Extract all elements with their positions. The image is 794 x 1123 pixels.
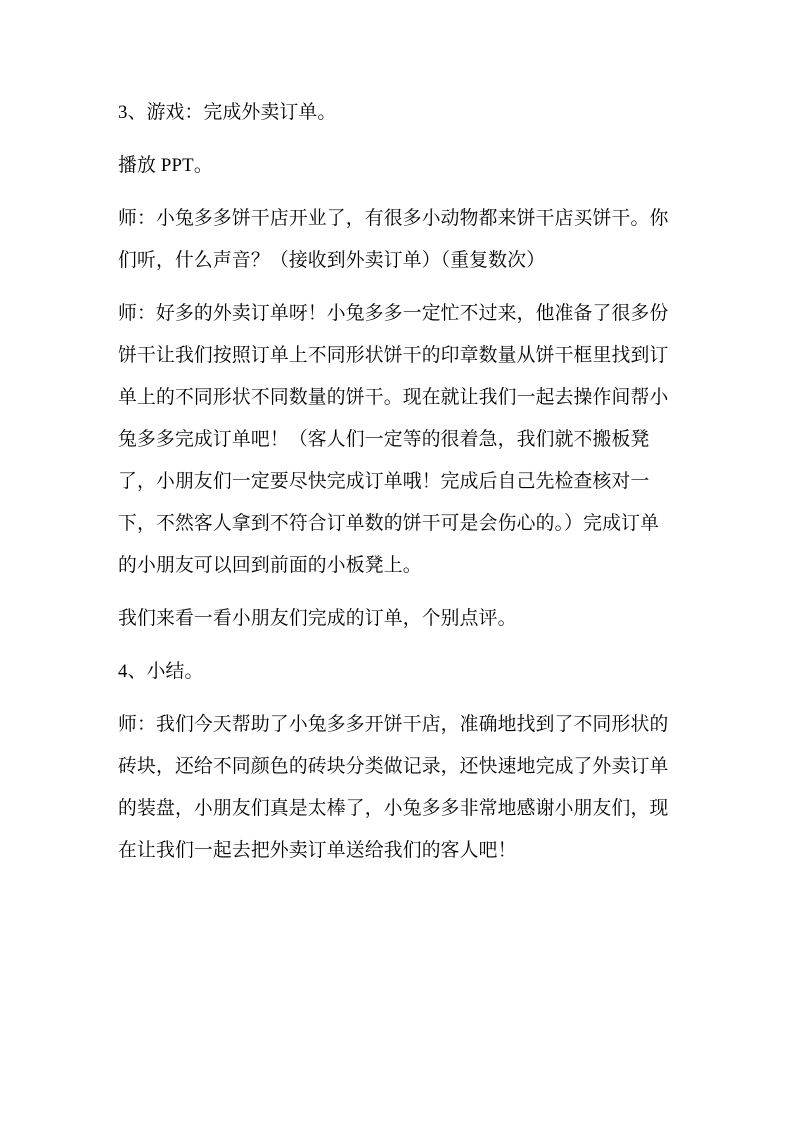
review-note: 我们来看一看小朋友们完成的订单，个别点评。 (118, 598, 682, 640)
section-3-heading: 3、游戏：完成外卖订单。 (118, 92, 682, 134)
text-line: 的装盘，小朋友们真是太棒了，小兔多多非常地感谢小朋友们，现 (118, 788, 682, 830)
text-line: 兔多多完成订单吧！（客人们一定等的很着急，我们就不搬板凳 (118, 419, 682, 461)
text-line: 砖块，还给不同颜色的砖块分类做记录，还快速地完成了外卖订单 (118, 746, 682, 788)
teacher-line-opening: 师：小兔多多饼干店开业了，有很多小动物都来饼干店买饼干。你们听，什么声音？（接收… (118, 198, 682, 282)
text-line: 下，不然客人拿到不符合订单数的饼干可是会伤心的。）完成订单 (118, 503, 682, 545)
text-line: 的小朋友可以回到前面的小板凳上。 (118, 545, 682, 587)
text-line: 饼干让我们按照订单上不同形状饼干的印章数量从饼干框里找到订 (118, 335, 682, 377)
text-line: 师：小兔多多饼干店开业了，有很多小动物都来饼干店买饼干。你 (118, 198, 682, 240)
text-line: 了，小朋友们一定要尽快完成订单哦！完成后自己先检查核对一 (118, 461, 682, 503)
document-content: 3、游戏：完成外卖订单。播放 PPT。师：小兔多多饼干店开业了，有很多小动物都来… (118, 92, 682, 883)
text-line: 我们来看一看小朋友们完成的订单，个别点评。 (118, 598, 682, 640)
text-line: 播放 PPT。 (118, 145, 682, 187)
text-line: 3、游戏：完成外卖订单。 (118, 92, 682, 134)
text-line: 单上的不同形状不同数量的饼干。现在就让我们一起去操作间帮小 (118, 377, 682, 419)
text-line: 在让我们一起去把外卖订单送给我们的客人吧！ (118, 830, 682, 872)
teacher-line-instructions: 师：好多的外卖订单呀！小兔多多一定忙不过来，他准备了很多份饼干让我们按照订单上不… (118, 293, 682, 587)
text-line: 师：我们今天帮助了小兔多多开饼干店，准确地找到了不同形状的 (118, 704, 682, 746)
text-line: 4、小结。 (118, 651, 682, 693)
text-line: 们听，什么声音？（接收到外卖订单）（重复数次） (118, 240, 682, 282)
teacher-line-summary: 师：我们今天帮助了小兔多多开饼干店，准确地找到了不同形状的砖块，还给不同颜色的砖… (118, 704, 682, 872)
section-4-heading: 4、小结。 (118, 651, 682, 693)
text-line: 师：好多的外卖订单呀！小兔多多一定忙不过来，他准备了很多份 (118, 293, 682, 335)
ppt-note: 播放 PPT。 (118, 145, 682, 187)
document-page: 3、游戏：完成外卖订单。播放 PPT。师：小兔多多饼干店开业了，有很多小动物都来… (0, 0, 794, 1123)
